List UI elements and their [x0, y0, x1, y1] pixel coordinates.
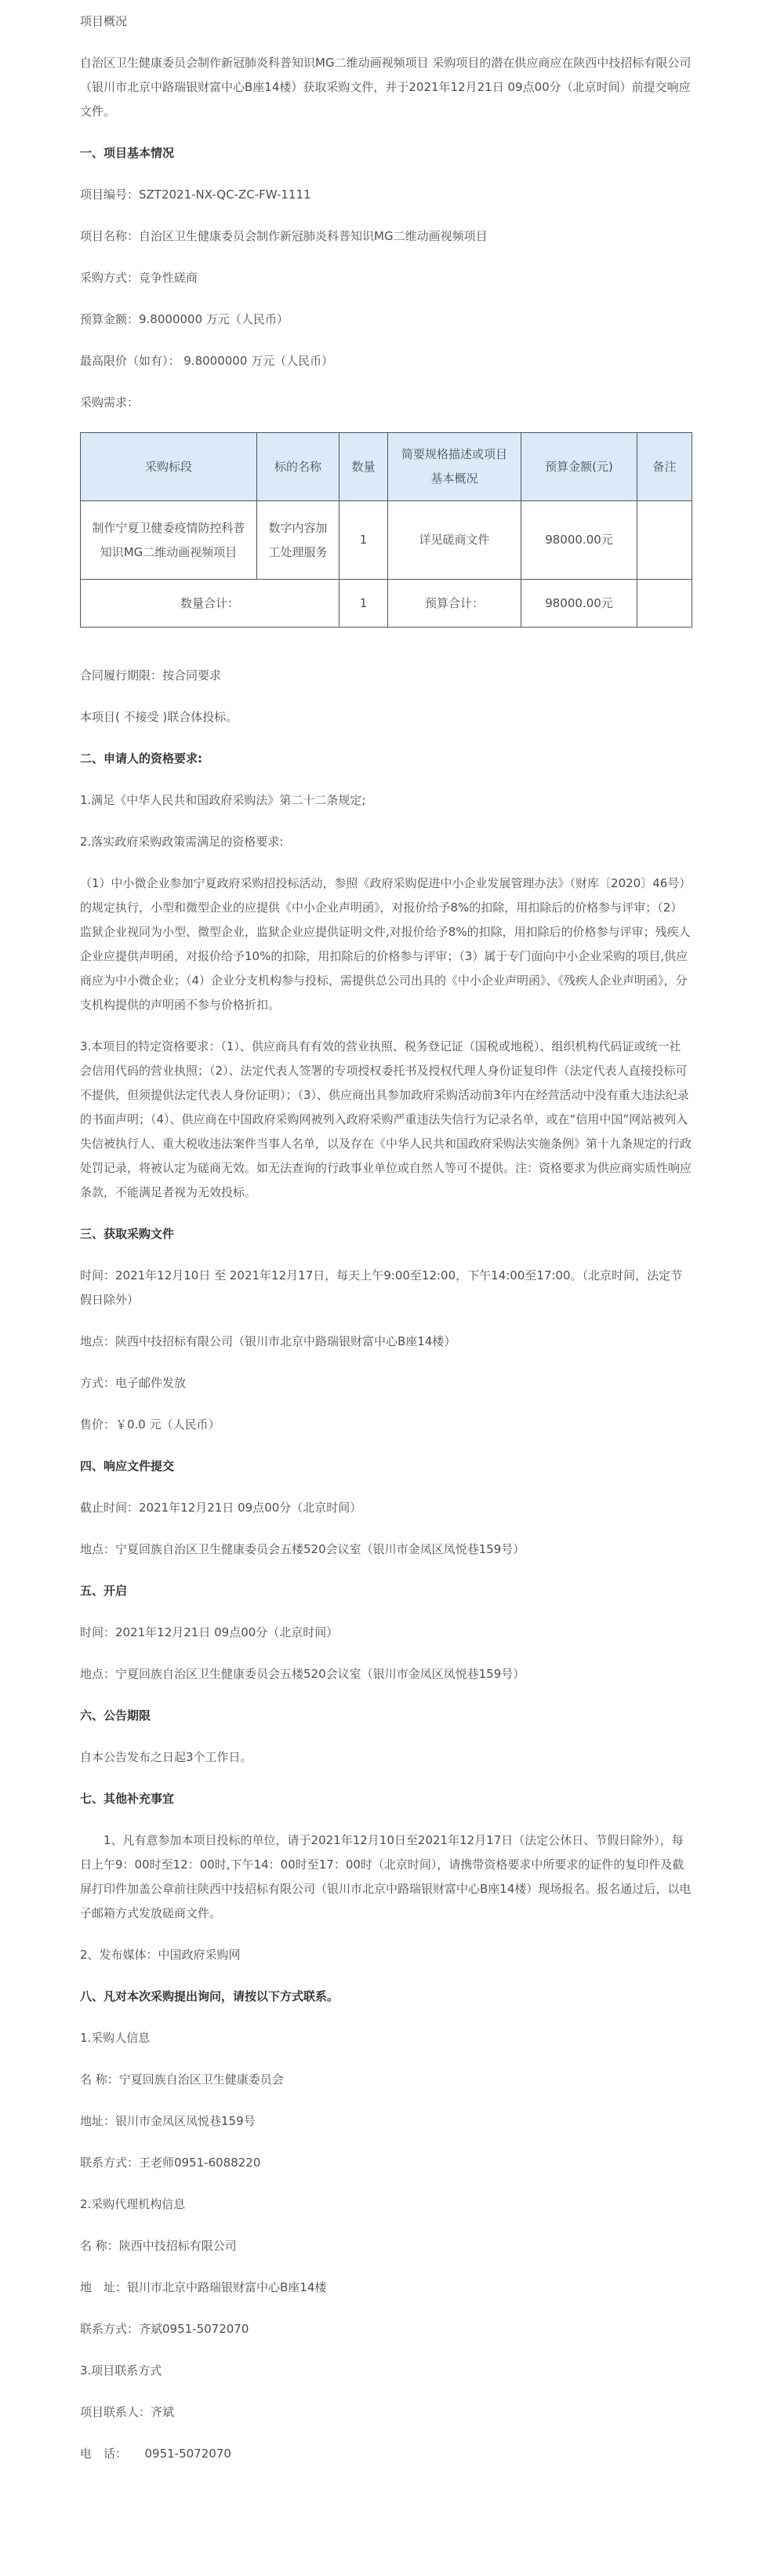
project-phone-line: 电 话： 0951-5072070: [80, 2442, 692, 2466]
cell-spec: 详见磋商文件: [388, 501, 521, 580]
basic-heading: 一、项目基本情况: [80, 141, 692, 166]
max-price-line: 最高限价（如有）： 9.8000000 万元（人民币）: [80, 349, 692, 373]
cell-section: 制作宁夏卫健委疫情防控科普知识MG二维动画视频项目: [81, 501, 257, 580]
qualification-para-3: （1）中小微企业参加宁夏政府采购招投标活动，参照《政府采购促进中小企业发展管理办…: [80, 871, 692, 1017]
purchaser-name-line: 名 称：宁夏回族自治区卫生健康委员会: [80, 2068, 692, 2092]
project-number-line: 项目编号：SZT2021-NX-QC-ZC-FW-1111: [80, 183, 692, 207]
qualification-para-4: 3.本项目的特定资格要求：（1）、供应商具有有效的营业执照、税务登记证（国税或地…: [80, 1035, 692, 1205]
open-time-line: 时间：2021年12月21日 09点00分（北京时间）: [80, 1621, 692, 1645]
project-contact-person-line: 项目联系人：齐斌: [80, 2400, 692, 2425]
budget-line: 预算金额：9.8000000 万元（人民币）: [80, 307, 692, 332]
page-title: 项目概况: [80, 9, 692, 34]
cell-qty: 1: [339, 501, 388, 580]
qualification-para-2: 2.落实政府采购政策需满足的资格要求:: [80, 830, 692, 854]
other-para-2: 2、发布媒体：中国政府采购网: [80, 1943, 692, 1967]
col-header-qty: 数量: [339, 433, 388, 501]
announcement-page: 项目概况 自治区卫生健康委员会制作新冠肺炎科普知识MG二维动画视频项目 采购项目…: [0, 0, 766, 2576]
col-header-spec: 简要规格描述或项目基本概况: [388, 433, 521, 501]
qualification-heading: 二、申请人的资格要求:: [80, 747, 692, 771]
submit-deadline-line: 截止时间：2021年12月21日 09点00分（北京时间）: [80, 1496, 692, 1520]
total-budget-label: 预算合计：: [388, 580, 521, 628]
obtain-time-line: 时间：2021年12月10日 至 2021年12月17日，每天上午9:00至12…: [80, 1264, 692, 1312]
qualification-para-1: 1.满足《中华人民共和国政府采购法》第二十二条规定;: [80, 788, 692, 813]
agency-name-line: 名 称：陕西中技招标有限公司: [80, 2234, 692, 2258]
agency-contact-line: 联系方式：齐斌0951-5072070: [80, 2317, 692, 2341]
obtain-place-line: 地点：陕西中技招标有限公司（银川市北京中路瑞银财富中心B座14楼）: [80, 1330, 692, 1354]
total-remark: [637, 580, 692, 628]
agency-address-line: 地 址：银川市北京中路瑞银财富中心B座14楼: [80, 2276, 692, 2300]
procurement-table: 采购标段 标的名称 数量 简要规格描述或项目基本概况 预算金额(元) 备注 制作…: [80, 432, 692, 628]
other-para-1: 1、凡有意参加本项目投标的单位，请于2021年12月10日至2021年12月17…: [80, 1828, 692, 1926]
obtain-heading: 三、获取采购文件: [80, 1222, 692, 1246]
purchaser-address-line: 地址：银川市金凤区凤悦巷159号: [80, 2109, 692, 2134]
total-budget: 98000.00元: [521, 580, 637, 628]
intro-paragraph: 自治区卫生健康委员会制作新冠肺炎科普知识MG二维动画视频项目 采购项目的潜在供应…: [80, 51, 692, 124]
obtain-method-line: 方式：电子邮件发放: [80, 1371, 692, 1395]
purchase-method-line: 采购方式：竞争性磋商: [80, 266, 692, 290]
purchaser-contact-line: 联系方式：王老师0951-6088220: [80, 2151, 692, 2175]
total-qty-label: 数量合计：: [81, 580, 339, 628]
obtain-price-line: 售价：￥0.0 元（人民币）: [80, 1413, 692, 1437]
demand-label: 采购需求：: [80, 391, 692, 415]
table-row: 制作宁夏卫健委疫情防控科普知识MG二维动画视频项目 数字内容加工处理服务 1 详…: [81, 501, 692, 580]
open-place-line: 地点：宁夏回族自治区卫生健康委员会五楼520会议室（银川市金凤区凤悦巷159号）: [80, 1662, 692, 1686]
open-heading: 五、开启: [80, 1579, 692, 1603]
cell-budget: 98000.00元: [521, 501, 637, 580]
consortium-line: 本项目( 不接受 )联合体投标。: [80, 705, 692, 730]
notice-text: 自本公告发布之日起3个工作日。: [80, 1745, 692, 1770]
project-contact-label: 3.项目联系方式: [80, 2359, 692, 2383]
col-header-name: 标的名称: [257, 433, 339, 501]
agency-info-label: 2.采购代理机构信息: [80, 2192, 692, 2217]
project-name-line: 项目名称：自治区卫生健康委员会制作新冠肺炎科普知识MG二维动画视频项目: [80, 224, 692, 249]
col-header-budget: 预算金额(元): [521, 433, 637, 501]
other-heading: 七、其他补充事宜: [80, 1787, 692, 1811]
col-header-section: 采购标段: [81, 433, 257, 501]
contract-term-line: 合同履行期限：按合同要求: [80, 664, 692, 688]
cell-remark: [637, 501, 692, 580]
purchaser-info-label: 1.采购人信息: [80, 2026, 692, 2050]
submit-place-line: 地点：宁夏回族自治区卫生健康委员会五楼520会议室（银川市金凤区凤悦巷159号）: [80, 1537, 692, 1562]
table-total-row: 数量合计： 1 预算合计： 98000.00元: [81, 580, 692, 628]
contact-heading: 八、凡对本次采购提出询问，请按以下方式联系。: [80, 1985, 692, 2009]
table-header-row: 采购标段 标的名称 数量 简要规格描述或项目基本概况 预算金额(元) 备注: [81, 433, 692, 501]
total-qty: 1: [339, 580, 388, 628]
col-header-remark: 备注: [637, 433, 692, 501]
submit-heading: 四、响应文件提交: [80, 1454, 692, 1479]
cell-name: 数字内容加工处理服务: [257, 501, 339, 580]
notice-heading: 六、公告期限: [80, 1704, 692, 1728]
